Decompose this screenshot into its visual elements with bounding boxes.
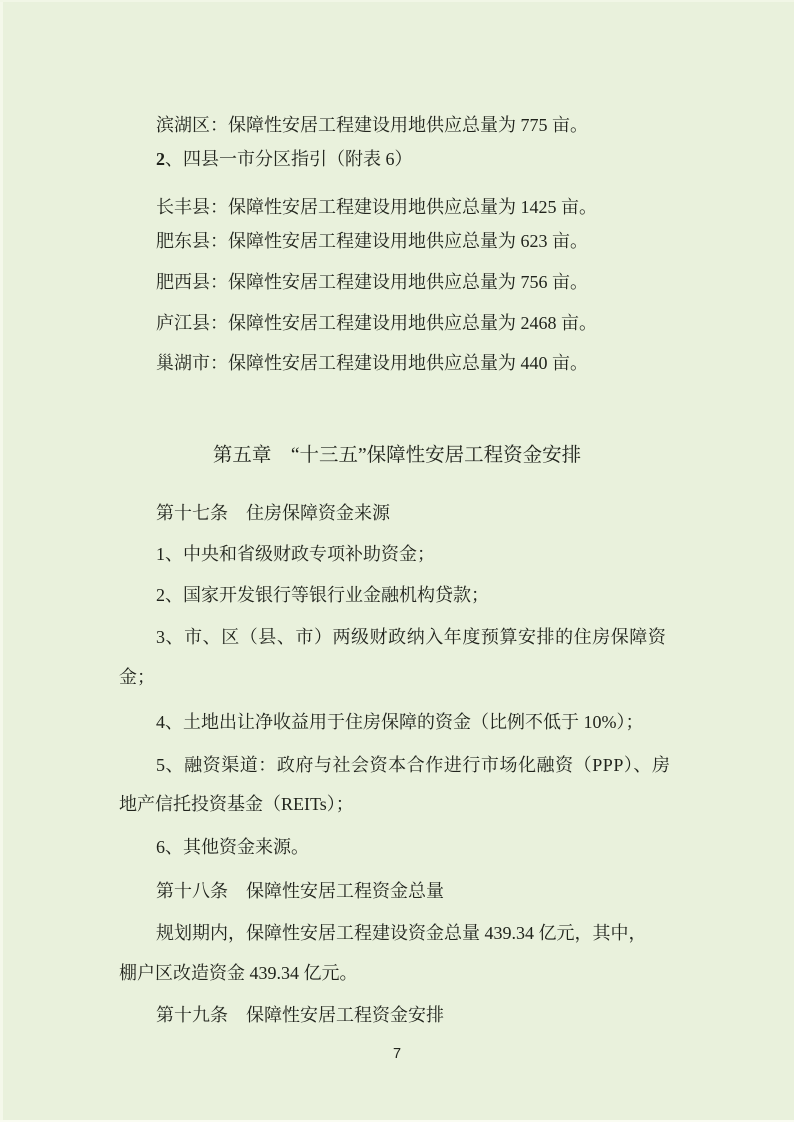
- article-19-heading: 第十九条 保障性安居工程资金安排: [156, 1005, 444, 1025]
- page-edge-highlight-top: [0, 0, 794, 2]
- line-funding-source-2: 2、国家开发银行等银行业金融机构贷款；: [156, 585, 489, 605]
- line-chaohu: 巢湖市：保障性安居工程建设用地供应总量为 440 亩。: [156, 353, 588, 373]
- line-funding-total-cont: 棚户区改造资金 439.34 亿元。: [119, 963, 358, 983]
- list-number-bold: 2: [156, 149, 165, 169]
- line-funding-source-3: 3、市、区（县、市）两级财政纳入年度预算安排的住房保障资: [156, 627, 666, 647]
- line-funding-source-5: 5、融资渠道：政府与社会资本合作进行市场化融资（PPP）、房: [156, 755, 671, 775]
- line-funding-source-6: 6、其他资金来源。: [156, 837, 309, 857]
- list-item-text: 、四县一市分区指引（附表 6）: [165, 149, 413, 169]
- line-item-2-heading: 2、四县一市分区指引（附表 6）: [156, 149, 413, 169]
- page-edge-highlight-left: [0, 0, 3, 1122]
- document-page: 滨湖区：保障性安居工程建设用地供应总量为 775 亩。 2、四县一市分区指引（附…: [0, 0, 794, 1122]
- chapter-5-heading: 第五章 “十三五”保障性安居工程资金安排: [0, 445, 794, 467]
- line-binhu: 滨湖区：保障性安居工程建设用地供应总量为 775 亩。: [156, 115, 588, 135]
- line-funding-source-5-cont: 地产信托投资基金（REITs）；: [119, 794, 354, 814]
- article-18-heading: 第十八条 保障性安居工程资金总量: [156, 881, 444, 901]
- line-funding-source-1: 1、中央和省级财政专项补助资金；: [156, 544, 435, 564]
- line-lujiang: 庐江县：保障性安居工程建设用地供应总量为 2468 亩。: [156, 313, 597, 333]
- line-funding-source-3-cont: 金；: [119, 667, 155, 687]
- article-17-heading: 第十七条 住房保障资金来源: [156, 503, 390, 523]
- line-funding-total: 规划期内，保障性安居工程建设资金总量 439.34 亿元，其中，: [156, 923, 647, 943]
- page-number: 7: [0, 1044, 794, 1064]
- line-feidong: 肥东县：保障性安居工程建设用地供应总量为 623 亩。: [156, 231, 588, 251]
- line-funding-source-4: 4、土地出让净收益用于住房保障的资金（比例不低于 10%）；: [156, 712, 644, 732]
- line-changfeng: 长丰县：保障性安居工程建设用地供应总量为 1425 亩。: [156, 197, 597, 217]
- line-feixi: 肥西县：保障性安居工程建设用地供应总量为 756 亩。: [156, 272, 588, 292]
